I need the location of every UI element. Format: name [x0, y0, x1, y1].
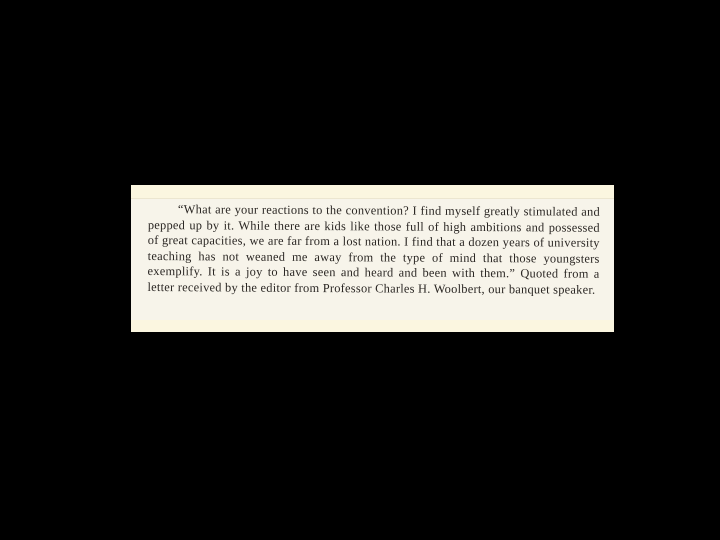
- newspaper-clipping: “What are your reactions to the conventi…: [131, 185, 614, 332]
- clipping-top-edge: [131, 185, 614, 199]
- quote-paragraph: “What are your reactions to the conventi…: [147, 202, 600, 298]
- clipping-bottom-edge: [131, 320, 614, 332]
- clipping-text: “What are your reactions to the conventi…: [147, 202, 600, 298]
